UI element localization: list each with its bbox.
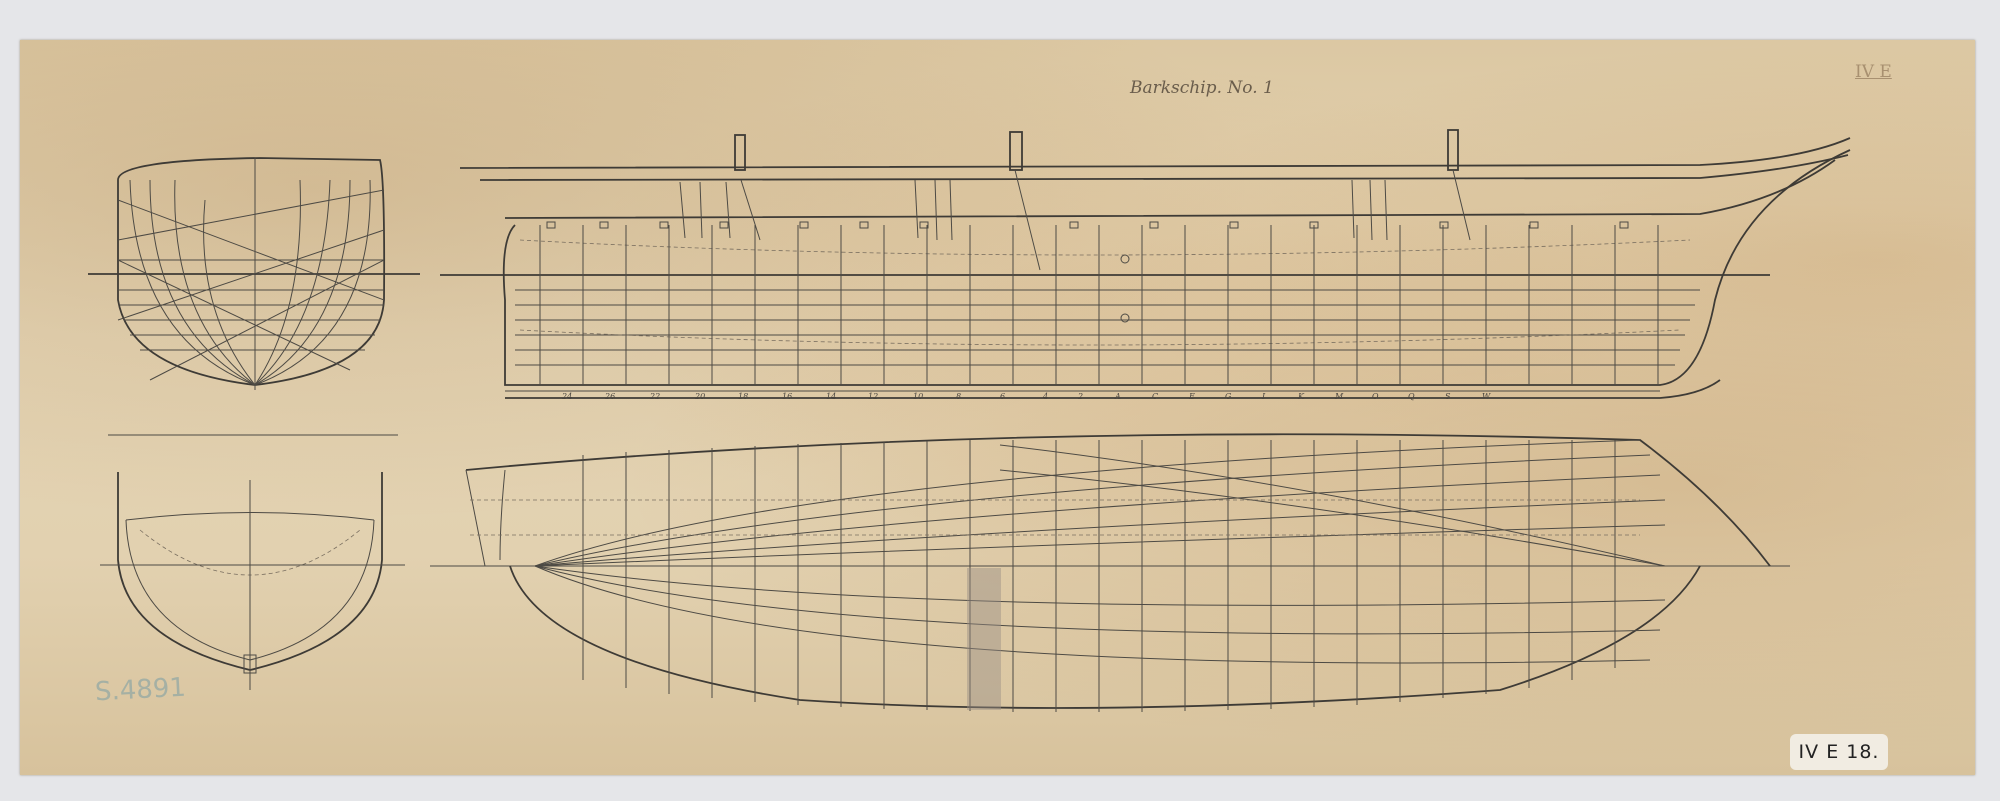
station-label: 24 <box>562 392 572 401</box>
station-label: 8 <box>956 392 961 401</box>
station-label: 22 <box>650 392 660 401</box>
body-plan <box>88 158 420 390</box>
station-label: 4 <box>1043 392 1048 401</box>
station-label: E <box>1189 392 1195 401</box>
station-label: Q <box>1408 392 1415 401</box>
midship-section <box>100 435 405 690</box>
station-label: K <box>1298 392 1304 401</box>
station-label: 26 <box>605 392 615 401</box>
corner-mark: IV E <box>1855 62 1892 82</box>
station-label: 10 <box>913 392 923 401</box>
tape-strip <box>967 568 1001 710</box>
half-breadth-stations <box>583 440 1615 712</box>
station-label: W <box>1482 392 1490 401</box>
catalog-label: IV E 18. <box>1790 734 1888 770</box>
station-label: 2 <box>1078 392 1083 401</box>
archive-stamp: S.4891 <box>94 673 186 708</box>
station-label: 16 <box>782 392 792 401</box>
profile-plan <box>440 130 1850 398</box>
station-label: G <box>1225 392 1231 401</box>
station-label: I <box>1262 392 1265 401</box>
station-label: 18 <box>738 392 748 401</box>
masts <box>735 130 1458 170</box>
station-label: 20 <box>695 392 705 401</box>
station-label: 14 <box>826 392 836 401</box>
station-label: A <box>1115 392 1121 401</box>
station-label: S <box>1445 392 1450 401</box>
half-breadth-plan <box>430 434 1790 712</box>
station-label: C <box>1152 392 1158 401</box>
drawing-title: Barkschip. No. 1 <box>1130 78 1274 98</box>
station-label: 12 <box>868 392 878 401</box>
station-label: O <box>1372 392 1379 401</box>
station-label: M <box>1335 392 1343 401</box>
station-label: 6 <box>1000 392 1005 401</box>
